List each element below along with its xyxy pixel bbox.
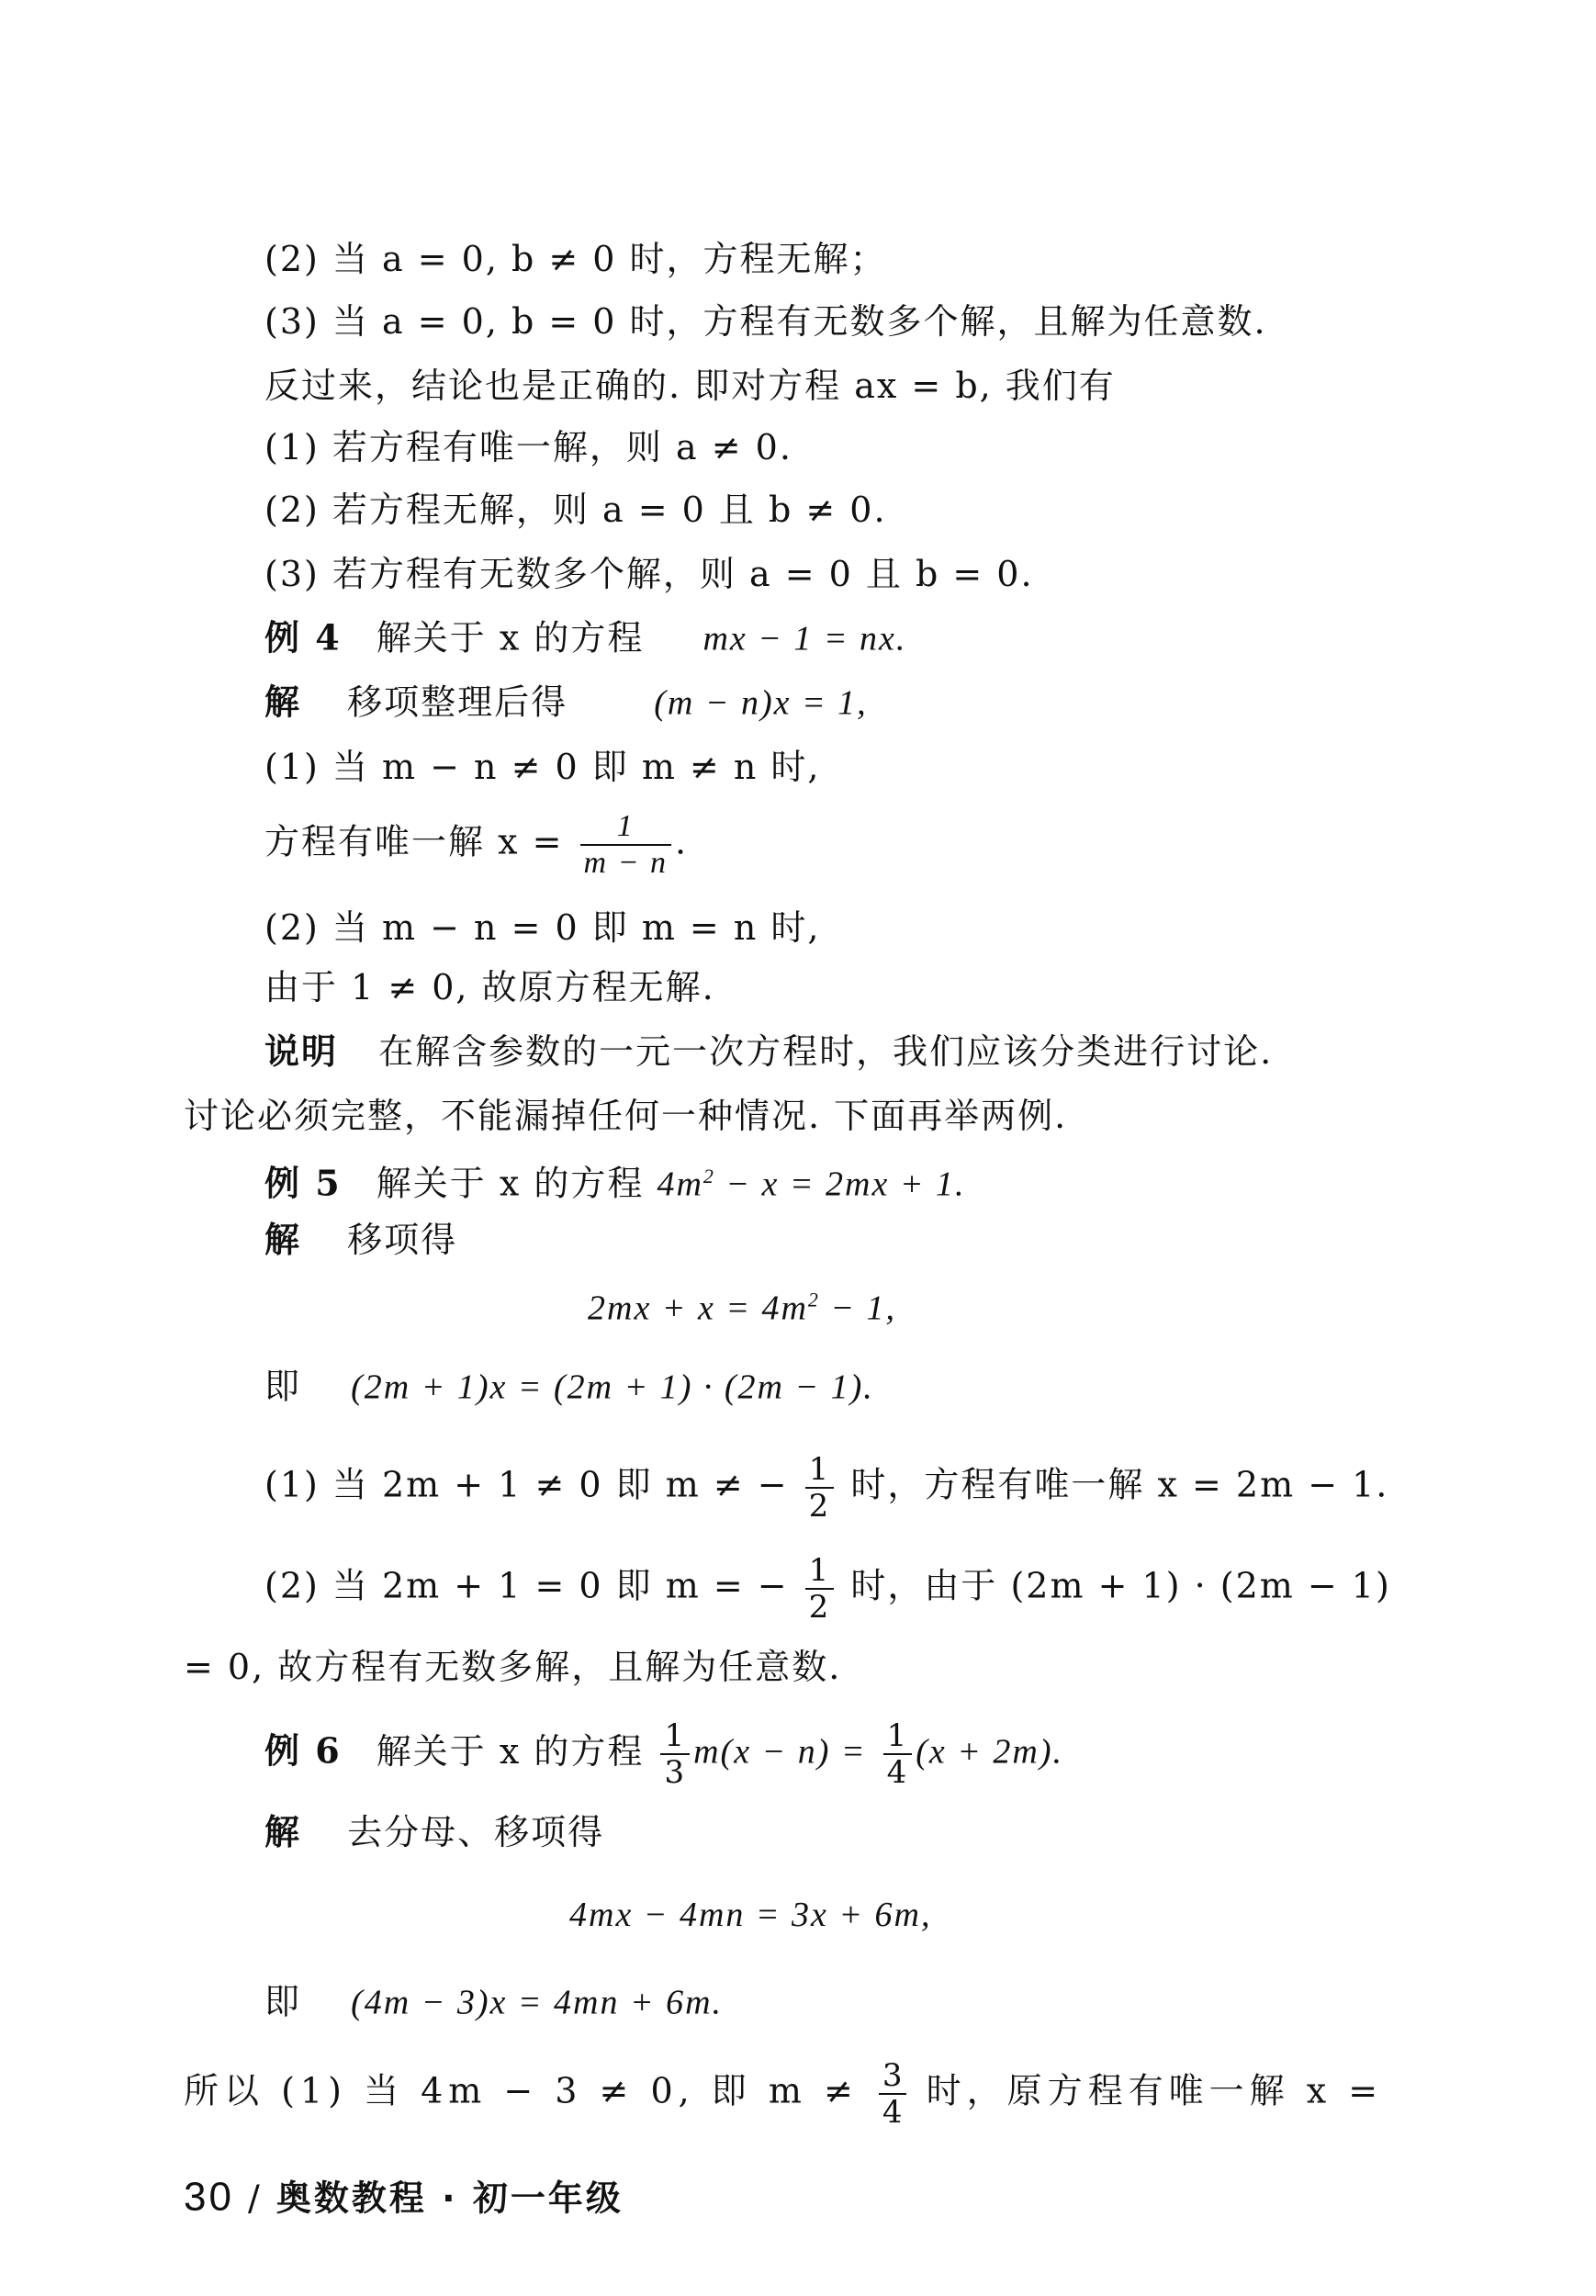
example-equation: mx − 1 = nx. [702,620,906,658]
fraction: 1 2 [805,1555,835,1623]
eq-part: m(x − n) = [693,1733,866,1772]
solution-line: 解 移项整理后得 (m − n)x = 1, [264,681,868,725]
case-text: 时，由于 (2m + 1) · (2m − 1) [850,1566,1390,1606]
example-problem: 解关于 x 的方程 [377,1731,645,1772]
solution-intro: 移项整理后得 [347,682,568,723]
note-line: 讨论必须完整，不能漏掉任何一种情况. 下面再举两例. [184,1095,1067,1137]
case-text: (2) 当 2m + 1 = 0 即 m = − [264,1566,789,1606]
example-label: 例 6 [264,1730,342,1772]
fraction-numerator: 1 [660,1720,690,1753]
step-label: 即 [264,1982,301,2022]
example-6-heading: 例 6 解关于 x 的方程 1 3 m(x − n) = 1 4 (x + 2m… [264,1720,1063,1788]
display-equation: 4mx − 4mn = 3x + 6m, [569,1894,932,1936]
case-line: (3) 若方程有无数多个解，则 a = 0 且 b = 0. [264,553,1034,595]
fraction-denominator: 4 [879,2093,906,2128]
fraction-numerator: 1 [883,1720,913,1753]
note-text: 在解含参数的一元一次方程时，我们应该分类进行讨论. [378,1031,1273,1072]
example-label: 例 4 [264,617,342,658]
example-equation: 4m2 − x = 2mx + 1. [657,1165,965,1203]
fraction-numerator: 1 [613,811,638,844]
fraction: 1 m − n [580,811,672,879]
case-line: (2) 当 2m + 1 = 0 即 m = − 1 2 时，由于 (2m + … [264,1555,1391,1623]
eq-part: 4m [657,1165,702,1203]
fraction: 3 4 [879,2060,906,2128]
solution-label: 解 [264,1219,301,1260]
case-line: (1) 当 m − n ≠ 0 即 m ≠ n 时, [264,746,821,788]
conclusion-text: 时，原方程有唯一解 x = [927,2071,1383,2111]
example-4-heading: 例 4 解关于 x 的方程 mx − 1 = nx. [264,617,906,660]
case-line: (3) 当 a = 0, b = 0 时，方程有无数多个解，且解为任意数. [264,300,1267,343]
case-line: (2) 当 a = 0, b ≠ 0 时，方程无解； [264,238,887,280]
fraction-numerator: 1 [805,1454,835,1487]
fraction-denominator: 3 [660,1753,690,1788]
fraction: 1 3 [660,1720,690,1788]
case-result-line: 方程有唯一解 x = 1 m − n . [264,811,688,879]
conclusion-text: 所以 (1) 当 4m − 3 ≠ 0, 即 m ≠ [184,2071,859,2111]
example-5-heading: 例 5 解关于 x 的方程 4m2 − x = 2mx + 1. [264,1155,966,1206]
case-line: (1) 当 2m + 1 ≠ 0 即 m ≠ − 1 2 时，方程有唯一解 x … [264,1454,1388,1522]
solution-line: 解 去分母、移项得 [264,1811,604,1853]
eq-part: − 1, [820,1289,896,1327]
note-line: 说明 在解含参数的一元一次方程时，我们应该分类进行讨论. [264,1030,1273,1073]
fraction-numerator: 3 [879,2060,906,2093]
book-title: 奥数教程 · 初一年级 [276,2178,624,2219]
example-label: 例 5 [264,1162,342,1203]
solution-equation: (m − n)x = 1, [654,684,867,723]
solution-line: 解 移项得 [264,1219,457,1261]
display-equation: 2mx + x = 4m2 − 1, [588,1279,896,1330]
eq-part: 2mx + x = 4m [588,1289,808,1327]
step-line: 即 (2m + 1)x = (2m + 1) · (2m − 1). [264,1366,874,1409]
eq-part: − x = 2mx + 1. [715,1165,966,1203]
fraction-denominator: 2 [805,1588,835,1623]
note-label: 说明 [264,1030,338,1072]
page-number: 30 [184,2175,234,2220]
case-line: = 0, 故方程有无数多解，且解为任意数. [184,1646,841,1688]
fraction-denominator: 2 [805,1487,835,1522]
case-line: (2) 若方程无解，则 a = 0 且 b ≠ 0. [264,489,887,531]
step-equation: (4m − 3)x = 4mn + 6m. [351,1984,723,2022]
paragraph-line: 反过来，结论也是正确的. 即对方程 ax = b, 我们有 [264,365,1116,407]
example-problem: 解关于 x 的方程 [377,618,645,658]
step-line: 即 (4m − 3)x = 4mn + 6m. [264,1981,723,2024]
solution-intro: 去分母、移项得 [347,1812,604,1852]
case-text: (1) 当 2m + 1 ≠ 0 即 m ≠ − [264,1465,789,1505]
step-label: 即 [264,1367,301,1407]
step-equation: (2m + 1)x = (2m + 1) · (2m − 1). [351,1368,874,1407]
exponent: 2 [703,1165,715,1187]
punctuation: . [675,822,688,862]
solution-intro: 移项得 [347,1220,457,1260]
eq-part: (x + 2m). [916,1733,1063,1772]
exponent: 2 [808,1289,820,1311]
case-line: (1) 若方程有唯一解，则 a ≠ 0. [264,426,792,468]
conclusion-line: 所以 (1) 当 4m − 3 ≠ 0, 即 m ≠ 3 4 时，原方程有唯一解… [184,2060,1383,2128]
fraction-denominator: 4 [883,1753,913,1788]
solution-label: 解 [264,1811,301,1852]
case-result-line: 由于 1 ≠ 0, 故原方程无解. [264,966,715,1008]
case-text: 时，方程有唯一解 x = 2m − 1. [850,1465,1388,1505]
result-text: 方程有唯一解 x = [264,822,563,862]
solution-label: 解 [264,681,301,723]
example-problem: 解关于 x 的方程 [377,1163,645,1203]
fraction-denominator: m − n [580,844,672,879]
fraction: 1 2 [805,1454,835,1522]
fraction: 1 4 [883,1720,913,1788]
page-footer: 30 / 奥数教程 · 初一年级 [184,2170,624,2221]
fraction-numerator: 1 [805,1555,835,1588]
case-line: (2) 当 m − n = 0 即 m = n 时, [264,906,821,949]
footer-separator: / [234,2178,276,2219]
